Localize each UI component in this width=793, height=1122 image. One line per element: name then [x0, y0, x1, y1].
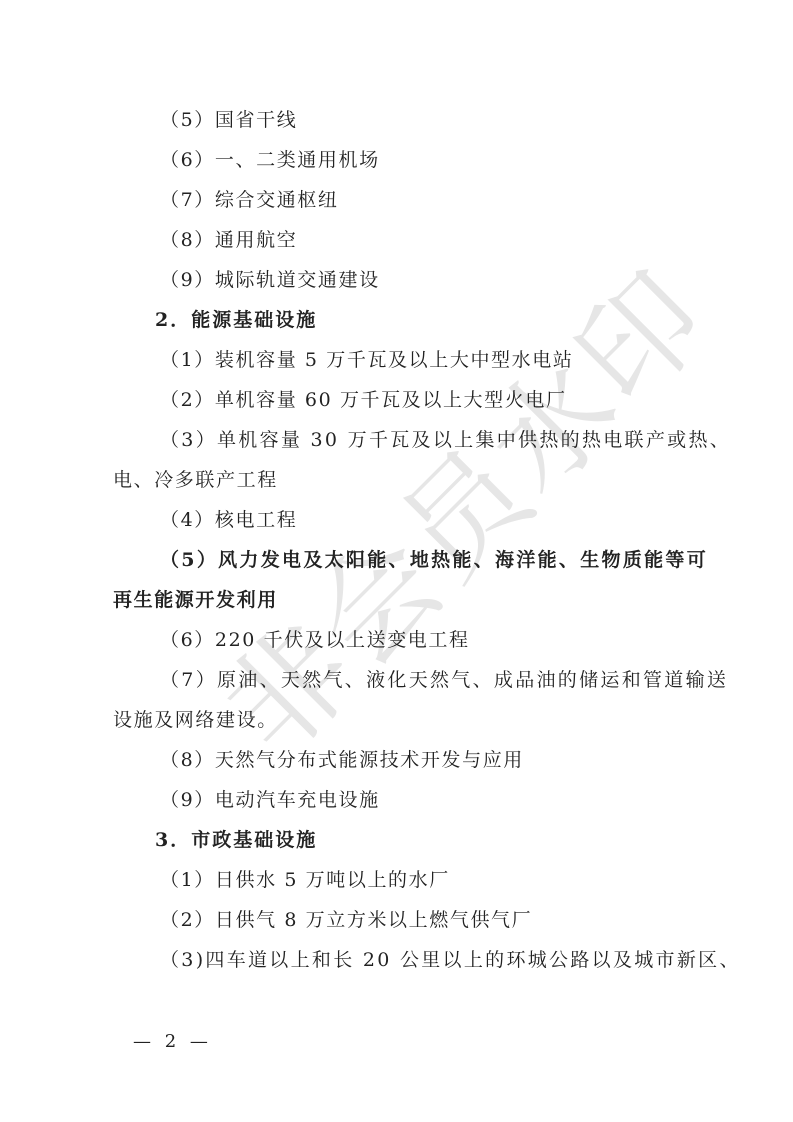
list-item-continuation: 电、冷多联产工程	[113, 468, 691, 492]
list-item: （1）装机容量 5 万千瓦及以上大中型水电站	[160, 348, 691, 372]
list-item: （9）电动汽车充电设施	[160, 788, 691, 812]
list-item: （9）城际轨道交通建设	[160, 268, 691, 292]
list-item: （6）一、二类通用机场	[160, 148, 691, 172]
list-item: （8）天然气分布式能源技术开发与应用	[160, 748, 691, 772]
list-item-highlighted: （5）风力发电及太阳能、地热能、海洋能、生物质能等可	[160, 548, 691, 572]
list-item: （3)四车道以上和长 20 公里以上的环城公路以及城市新区、	[160, 948, 691, 972]
document-page: 非会员水印 （5）国省干线 （6）一、二类通用机场 （7）综合交通枢纽 （8）通…	[0, 0, 793, 1122]
page-number: — 2 —	[133, 1031, 212, 1052]
list-item: （2）单机容量 60 万千瓦及以上大型火电厂	[160, 388, 691, 412]
section-heading-municipal: 3．市政基础设施	[155, 828, 733, 852]
list-item: （7）原油、天然气、液化天然气、成品油的储运和管道输送	[160, 668, 691, 692]
list-item: （8）通用航空	[160, 228, 691, 252]
list-item: （3）单机容量 30 万千瓦及以上集中供热的热电联产或热、	[160, 428, 691, 452]
list-item: （5）国省干线	[160, 108, 691, 132]
list-item-continuation: 设施及网络建设。	[113, 708, 691, 732]
list-item: （2）日供气 8 万立方米以上燃气供气厂	[160, 908, 691, 932]
list-item: （1）日供水 5 万吨以上的水厂	[160, 868, 691, 892]
section-heading-energy: 2．能源基础设施	[155, 308, 733, 332]
list-item: （4）核电工程	[160, 508, 691, 532]
list-item-continuation: 再生能源开发利用	[113, 588, 691, 612]
list-item: （7）综合交通枢纽	[160, 188, 691, 212]
list-item: （6）220 千伏及以上送变电工程	[160, 628, 691, 652]
